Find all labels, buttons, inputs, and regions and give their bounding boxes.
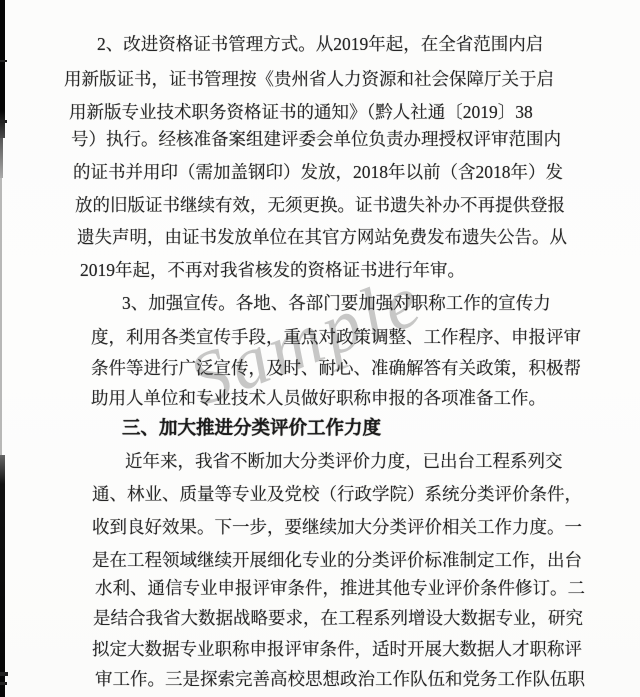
- text-line: 3、加强宣传。各地、各部门要加强对职称工作的宣传力: [122, 290, 551, 315]
- scan-edge-artifact-bottom: [0, 455, 5, 697]
- scan-edge-artifact-top: [0, 0, 5, 138]
- text-line: 拟定大数据专业职称申报评审条件，适时开展大数据人才职称评: [92, 636, 582, 661]
- text-line: 的证书并用印（需加盖钢印）发放，2018年以前（含2018年）发: [73, 159, 563, 184]
- section-heading: 三、加大推进分类评价工作力度: [122, 414, 381, 440]
- text-line: 通、林业、质量等专业及党校（行政学院）系统分类评价条件，: [92, 481, 582, 506]
- text-line: 用新版证书，证书管理按《贵州省人力资源和社会保障厅关于启: [64, 66, 554, 91]
- text-line: 是在工程领域继续开展细化专业的分类评价标准制定工作，出台: [92, 547, 582, 572]
- scan-noise-mark: [0, 682, 7, 685]
- text-line: 条件等进行广泛宣传，及时、耐心、准确解答有关政策，积极帮: [91, 355, 581, 380]
- text-line: 2019年起，不再对我省核发的资格证书进行年审。: [80, 257, 465, 282]
- text-line: 是结合我省大数据战略要求，在工程系列增设大数据专业，研究: [93, 605, 583, 630]
- text-line: 度，利用各类宣传手段，重点对政策调整、工作程序、申报评审: [91, 324, 581, 349]
- scan-noise-mark: [0, 60, 7, 62]
- text-line: 用新版专业技术职务资格证书的通知》（黔人社通〔2019〕38: [69, 99, 533, 124]
- text-line: 放的旧版证书继续有效，无须更换。证书遗失补办不再提供登报: [75, 192, 565, 217]
- scan-noise-mark: [0, 120, 7, 123]
- scanned-document-page: Sample 2、改进资格证书管理方式。从2019年起，在全省范围内启 用新版证…: [0, 0, 640, 697]
- text-line: 水利、通信专业申报评审条件，推进其他专业评价条件修订。二: [95, 575, 585, 600]
- text-line: 收到良好效果。下一步，要继续加大分类评价相关工作力度。一: [92, 514, 582, 539]
- scan-noise-mark: [0, 672, 8, 676]
- text-line: 审工作。三是探索完善高校思想政治工作队伍和党务工作队伍职: [95, 666, 585, 691]
- text-line: 2、改进资格证书管理方式。从2019年起，在全省范围内启: [97, 31, 543, 56]
- text-line: 遗失声明，由证书发放单位在其官方网站免费发布遗失公告。从: [77, 224, 567, 249]
- text-line: 号）执行。经核准备案组建评委会单位负责办理授权评审范围内: [71, 126, 561, 151]
- scan-edge-artifact-fade: [0, 138, 3, 178]
- text-line: 近年来，我省不断加大分类评价力度，已出台工程系列交: [125, 448, 563, 473]
- text-line: 助用人单位和专业技术人员做好职称申报的各项准备工作。: [91, 385, 546, 410]
